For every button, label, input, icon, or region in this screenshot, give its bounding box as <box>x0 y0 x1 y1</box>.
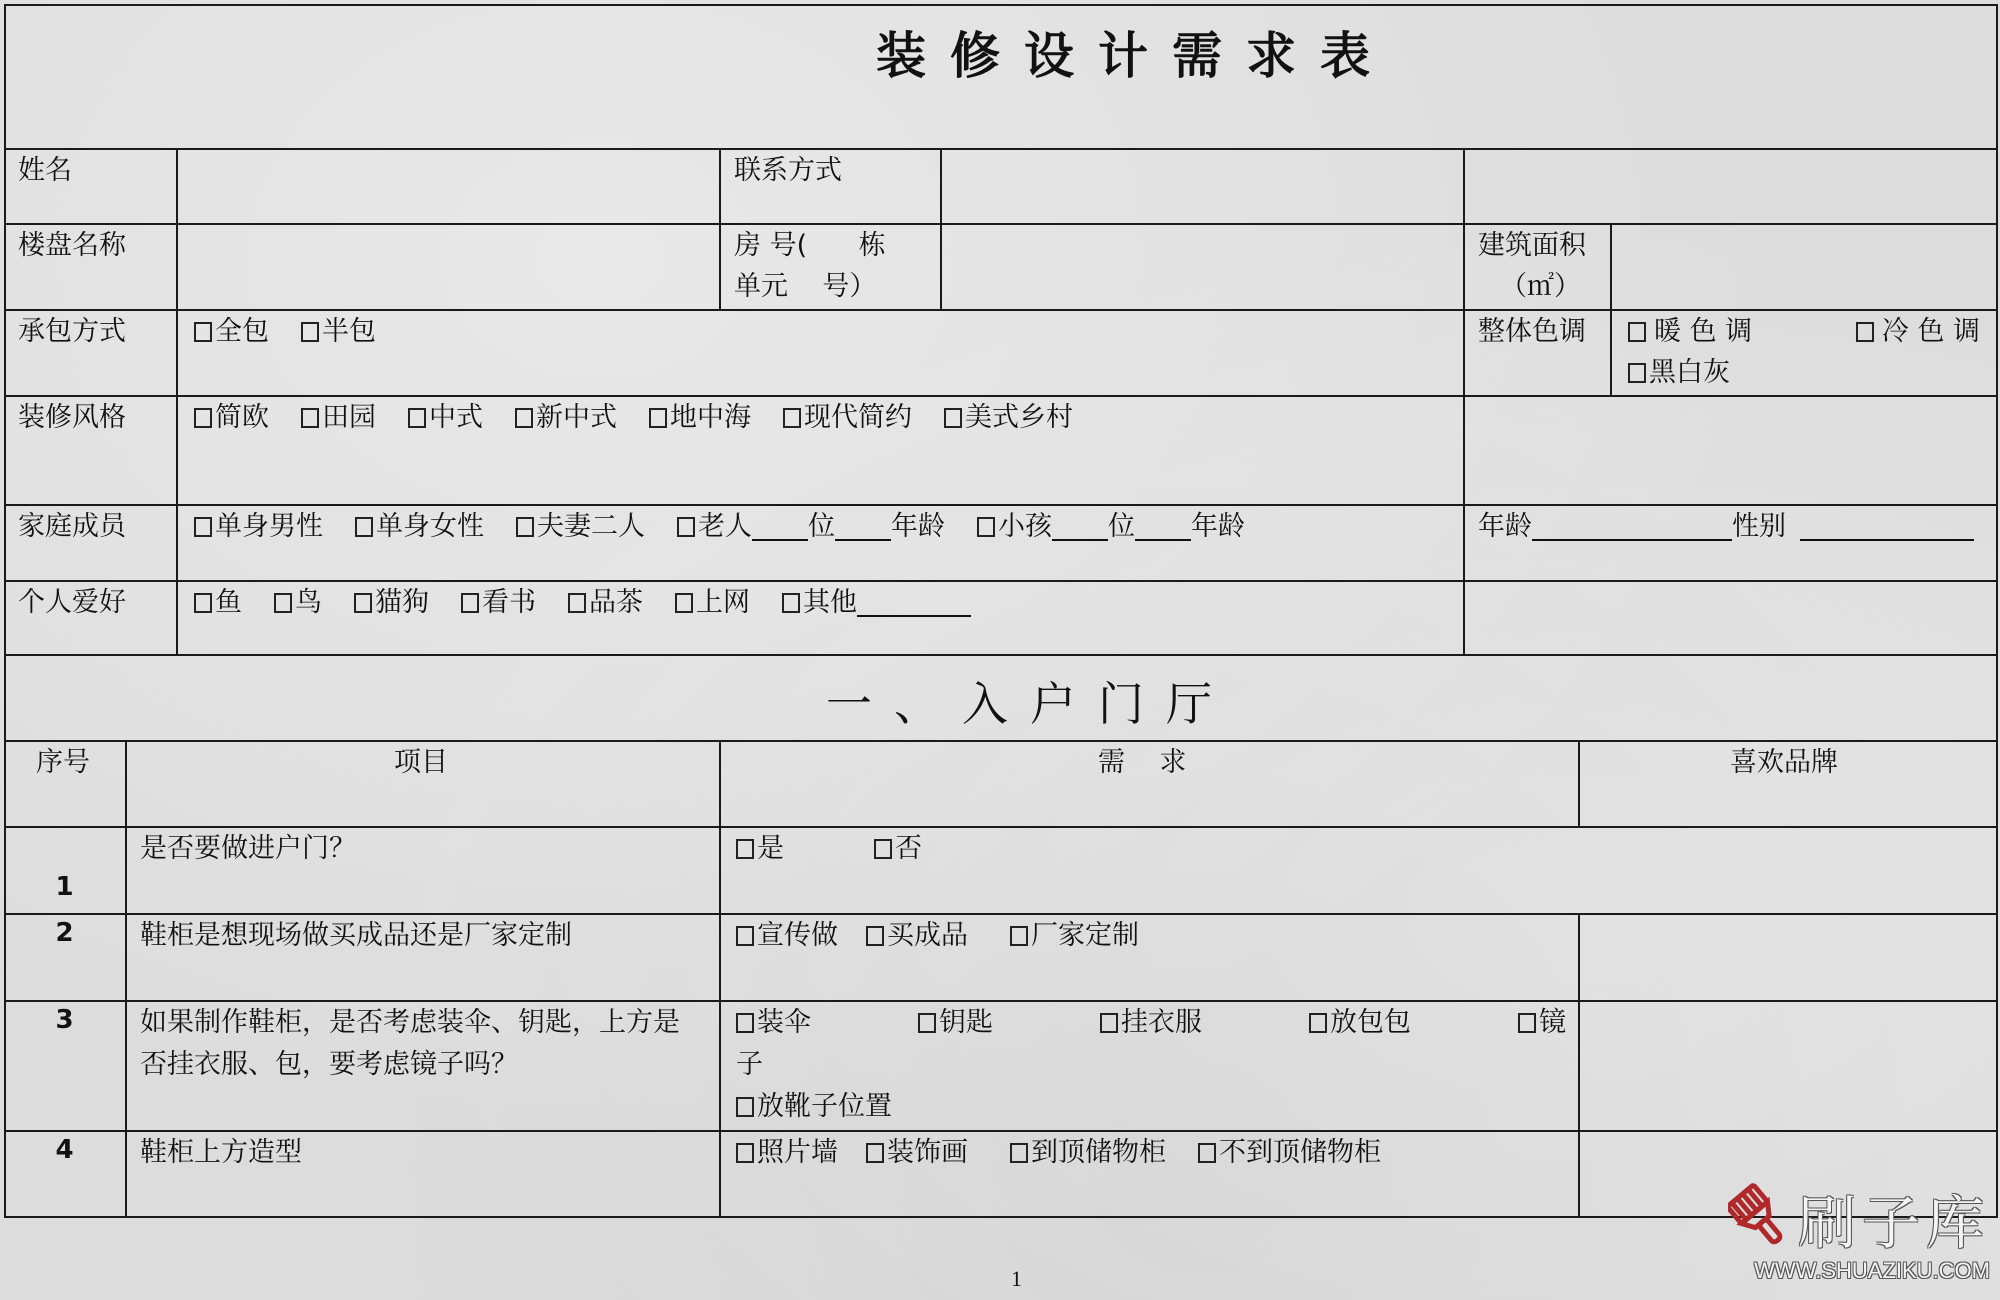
tone-label: 整体色调 <box>1478 311 1586 353</box>
checkbox-decor-painting[interactable]: 装饰画 <box>866 1132 968 1174</box>
checkbox-icon <box>1628 322 1646 342</box>
checkbox-icon <box>736 1143 754 1163</box>
child-count-blank[interactable] <box>1052 513 1108 541</box>
row-number: 4 <box>4 1135 125 1165</box>
col-divider <box>1463 148 1465 654</box>
item-text: 鞋柜是想现场做买成品还是厂家定制 <box>140 915 572 957</box>
row-divider <box>4 740 1998 742</box>
checkbox-icon <box>1010 1143 1028 1163</box>
checkbox-icon <box>783 408 801 428</box>
checkbox-partial-height-cabinet[interactable]: 不到顶储物柜 <box>1198 1132 1381 1174</box>
col-divider <box>719 148 721 309</box>
elderly-age-blank[interactable] <box>835 513 891 541</box>
checkbox-icon <box>918 1013 936 1033</box>
checkbox-buy-finished[interactable]: 买成品 <box>866 915 968 957</box>
age-gender-fields: 年龄 性别 <box>1478 506 1974 548</box>
checkbox-style-american-country[interactable]: 美式乡村 <box>944 397 1073 439</box>
room-label-line2: 单元 号） <box>734 266 876 308</box>
gender-blank[interactable] <box>1800 513 1974 541</box>
contract-label: 承包方式 <box>18 311 126 353</box>
family-options: 单身男性 单身女性 夫妻二人 老人 位 年龄 小孩 位 年龄 <box>194 506 1245 548</box>
brush-icon <box>1728 1183 1790 1253</box>
col-divider <box>1578 740 1580 826</box>
checkbox-single-male[interactable]: 单身男性 <box>194 506 323 548</box>
checkbox-icon <box>944 408 962 428</box>
watermark-brand: 刷子库 <box>1798 1176 1990 1260</box>
checkbox-icon <box>782 593 800 613</box>
checkbox-icon <box>1628 363 1646 383</box>
checkbox-full-package[interactable]: 全包 <box>194 311 269 353</box>
checkbox-boots[interactable]: 放靴子位置 <box>736 1086 892 1128</box>
checkbox-half-package[interactable]: 半包 <box>301 311 376 353</box>
room-label-line1: 房 号( 栋 <box>734 225 886 267</box>
row2-options: 宣传做 买成品 厂家定制 <box>736 915 1139 957</box>
row3-options-line3: 放靴子位置 <box>736 1086 892 1128</box>
child-age-blank[interactable] <box>1135 513 1191 541</box>
header-item: 项目 <box>394 742 448 784</box>
checkbox-icon <box>874 839 892 859</box>
checkbox-no[interactable]: 否 <box>874 828 922 870</box>
mirror-wrap-text: 子 <box>736 1044 763 1086</box>
row4-options: 照片墙 装饰画 到顶储物柜 不到顶储物柜 <box>736 1132 1381 1174</box>
brand-field[interactable] <box>1580 1002 1996 1129</box>
checkbox-icon <box>675 593 693 613</box>
checkbox-icon <box>301 322 319 342</box>
brand-field[interactable] <box>1580 915 1996 999</box>
item-text-line1: 如果制作鞋柜，是否考虑装伞、钥匙，上方是 <box>140 1002 680 1044</box>
checkbox-hobby-other[interactable]: 其他 <box>782 582 857 624</box>
hobby-label: 个人爱好 <box>18 582 126 624</box>
checkbox-icon <box>736 1013 754 1033</box>
style-options: 简欧 田园 中式 新中式 地中海 现代简约 美式乡村 <box>194 397 1073 439</box>
header-need: 需 求 <box>1098 742 1186 784</box>
checkbox-icon <box>461 593 479 613</box>
area-field[interactable] <box>1612 225 1996 308</box>
checkbox-umbrella[interactable]: 装伞 <box>736 1002 811 1044</box>
checkbox-icon <box>1309 1013 1327 1033</box>
checkbox-style-new-chinese[interactable]: 新中式 <box>515 397 617 439</box>
item-text-line2: 否挂衣服、包，要考虑镜子吗？ <box>140 1044 518 1086</box>
page-title: 装修设计需求表 <box>876 16 1394 88</box>
checkbox-icon <box>194 408 212 428</box>
row1-options: 是 否 <box>736 828 922 870</box>
checkbox-yes[interactable]: 是 <box>736 828 784 870</box>
style-label: 装修风格 <box>18 397 126 439</box>
name-label: 姓名 <box>18 150 72 192</box>
checkbox-warm-tone[interactable]: 暖 色 调 <box>1628 311 1752 353</box>
checkbox-couple[interactable]: 夫妻二人 <box>516 506 645 548</box>
col-divider <box>719 740 721 1216</box>
checkbox-hobby-pets[interactable]: 猫狗 <box>354 582 429 624</box>
checkbox-icon <box>1100 1013 1118 1033</box>
area-label-line2: （㎡） <box>1500 266 1581 308</box>
checkbox-icon <box>354 593 372 613</box>
checkbox-black-white-gray[interactable]: 黑白灰 <box>1628 352 1730 394</box>
checkbox-icon <box>866 926 884 946</box>
checkbox-full-height-cabinet[interactable]: 到顶储物柜 <box>1010 1132 1166 1174</box>
checkbox-hobby-internet[interactable]: 上网 <box>675 582 750 624</box>
checkbox-cool-tone[interactable]: 冷 色 调 <box>1856 311 1980 353</box>
section-title: 一、入户门厅 <box>826 668 1234 734</box>
checkbox-single-female[interactable]: 单身女性 <box>355 506 484 548</box>
checkbox-icon <box>408 408 426 428</box>
checkbox-icon <box>1856 322 1874 342</box>
checkbox-hang-clothes[interactable]: 挂衣服 <box>1100 1002 1202 1044</box>
checkbox-icon <box>516 517 534 537</box>
checkbox-mirror[interactable]: 镜 <box>1518 1002 1566 1044</box>
checkbox-style-modern-simple[interactable]: 现代简约 <box>783 397 912 439</box>
col-divider <box>125 740 127 1216</box>
checkbox-icon <box>1518 1013 1536 1033</box>
name-field[interactable] <box>178 150 717 222</box>
checkbox-style-pastoral[interactable]: 田园 <box>301 397 376 439</box>
family-label: 家庭成员 <box>18 506 126 548</box>
checkbox-factory-custom[interactable]: 厂家定制 <box>1010 915 1139 957</box>
checkbox-keys[interactable]: 钥匙 <box>918 1002 993 1044</box>
checkbox-icon <box>355 517 373 537</box>
checkbox-photo-wall[interactable]: 照片墙 <box>736 1132 838 1174</box>
checkbox-icon <box>301 408 319 428</box>
checkbox-child[interactable]: 小孩 <box>977 506 1052 548</box>
hobby-options: 鱼 鸟 猫狗 看书 品茶 上网 其他 <box>194 582 971 624</box>
age-blank[interactable] <box>1532 513 1732 541</box>
elderly-count-blank[interactable] <box>752 513 808 541</box>
gender-label: 性别 <box>1732 506 1786 548</box>
checkbox-icon <box>736 839 754 859</box>
checkbox-hobby-fish[interactable]: 鱼 <box>194 582 242 624</box>
header-brand: 喜欢品牌 <box>1730 742 1838 784</box>
checkbox-icon <box>1010 926 1028 946</box>
row-number: 1 <box>4 872 125 902</box>
checkbox-icon <box>1198 1143 1216 1163</box>
tone-options-row1: 暖 色 调 冷 色 调 <box>1628 311 1980 353</box>
checkbox-hobby-bird[interactable]: 鸟 <box>274 582 322 624</box>
estate-field[interactable] <box>178 225 717 308</box>
checkbox-icon <box>194 593 212 613</box>
checkbox-icon <box>736 926 754 946</box>
contact-label: 联系方式 <box>734 150 842 192</box>
checkbox-icon <box>274 593 292 613</box>
estate-label: 楼盘名称 <box>18 225 126 267</box>
checkbox-icon <box>568 593 586 613</box>
area-label-line1: 建筑面积 <box>1478 225 1586 267</box>
checkbox-hobby-tea[interactable]: 品茶 <box>568 582 643 624</box>
checkbox-icon <box>194 322 212 342</box>
tone-options-row2: 黑白灰 <box>1628 352 1730 394</box>
age-label: 年龄 <box>1478 506 1532 548</box>
room-field[interactable] <box>942 225 1461 308</box>
col-divider <box>176 148 178 654</box>
item-text: 是否要做进户门？ <box>140 828 356 870</box>
watermark-url: WWW.SHUAZIKU.COM <box>1754 1258 1990 1284</box>
checkbox-hobby-reading[interactable]: 看书 <box>461 582 536 624</box>
row-number: 3 <box>4 1005 125 1035</box>
checkbox-onsite-build[interactable]: 宣传做 <box>736 915 838 957</box>
row-number: 2 <box>4 918 125 948</box>
checkbox-icon <box>194 517 212 537</box>
checkbox-elderly[interactable]: 老人 <box>677 506 752 548</box>
checkbox-style-chinese[interactable]: 中式 <box>408 397 483 439</box>
page-number: 1 <box>1011 1266 1022 1292</box>
hobby-other-blank[interactable] <box>857 589 971 617</box>
contact-field[interactable] <box>942 150 1461 222</box>
row3-options: 装伞 钥匙 挂衣服 放包包 镜 <box>736 1002 1566 1044</box>
checkbox-icon <box>866 1143 884 1163</box>
checkbox-style-mediterranean[interactable]: 地中海 <box>649 397 751 439</box>
checkbox-style-simple-european[interactable]: 简欧 <box>194 397 269 439</box>
extra-field[interactable] <box>1465 150 1996 222</box>
checkbox-icon <box>677 517 695 537</box>
checkbox-bags[interactable]: 放包包 <box>1309 1002 1411 1044</box>
watermark: 刷子库 WWW.SHUAZIKU.COM <box>1728 1176 1990 1284</box>
checkbox-icon <box>649 408 667 428</box>
header-no: 序号 <box>36 742 90 784</box>
item-text: 鞋柜上方造型 <box>140 1132 302 1174</box>
contract-options: 全包 半包 <box>194 311 376 353</box>
checkbox-icon <box>736 1097 754 1117</box>
checkbox-icon <box>977 517 995 537</box>
checkbox-icon <box>515 408 533 428</box>
